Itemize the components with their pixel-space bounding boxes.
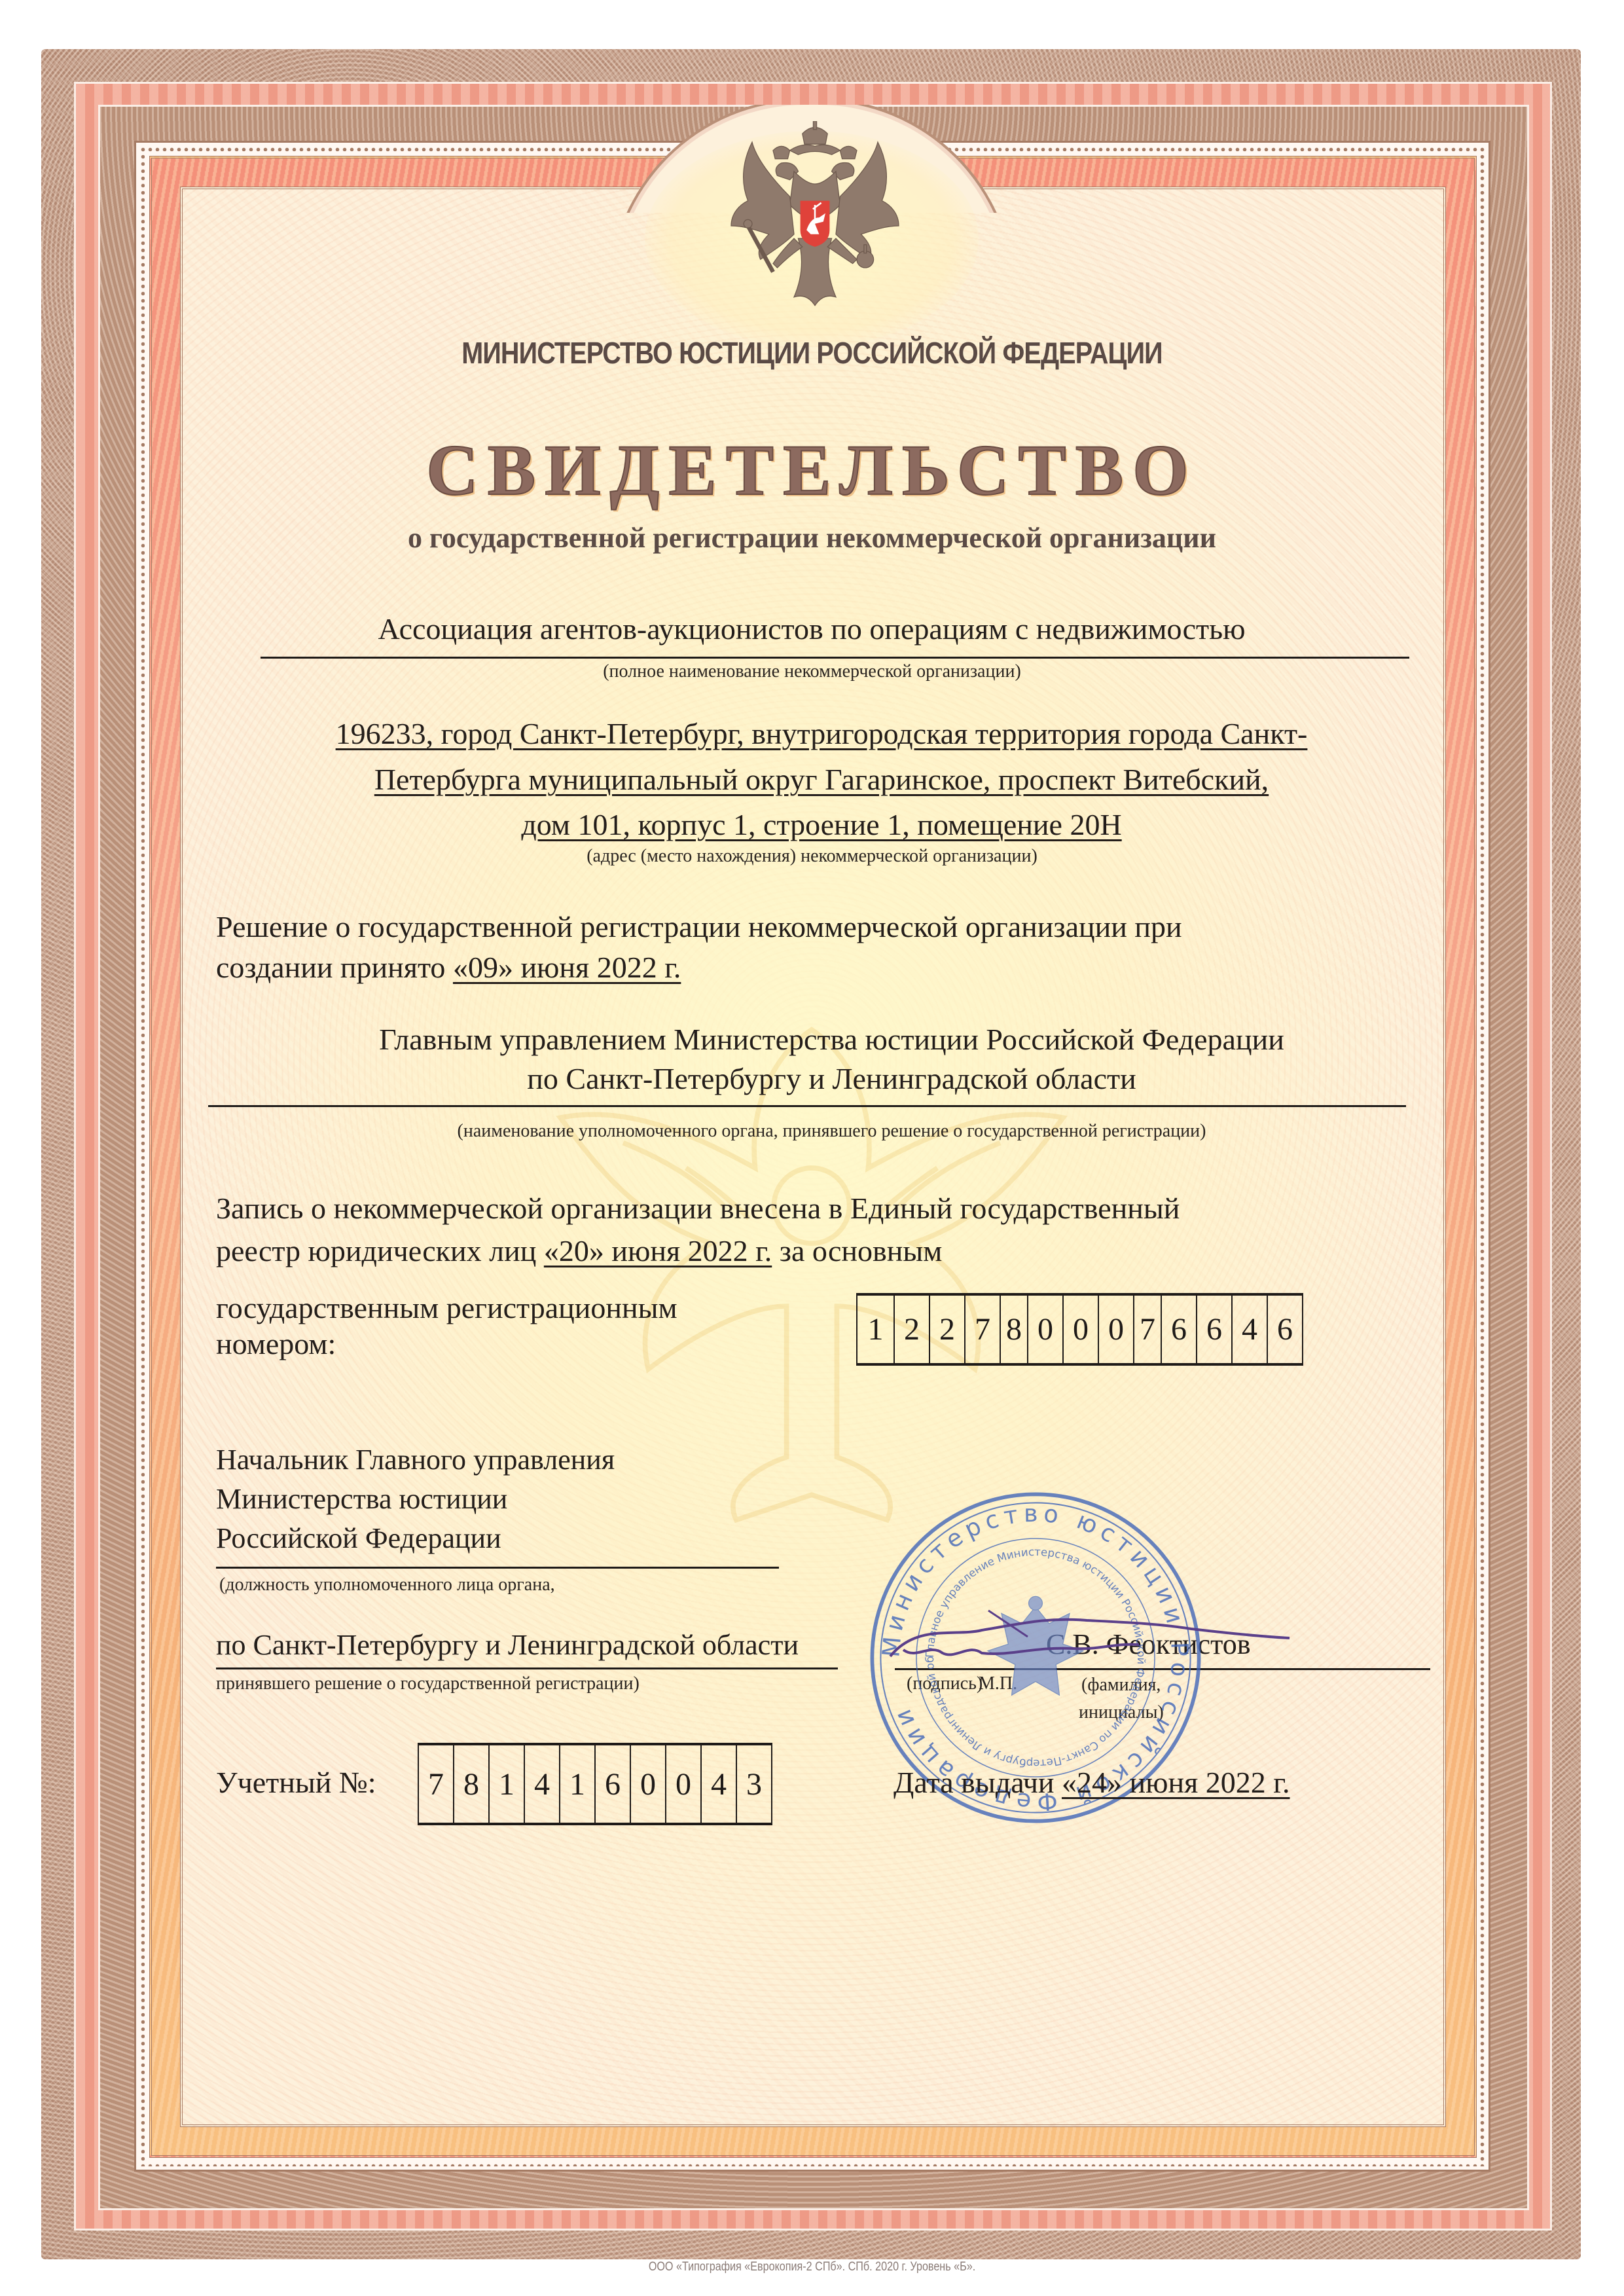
decision-date: «09» июня 2022 г. <box>453 951 681 984</box>
ogrn-digit: 6 <box>1162 1296 1197 1363</box>
position-line-3: Российской Федерации <box>216 1524 501 1553</box>
ogrn-digit: 0 <box>1064 1296 1099 1363</box>
organization-name: Ассоциация агентов-аукционистов по опера… <box>196 614 1427 644</box>
position-line-1: Начальник Главного управления <box>216 1446 615 1474</box>
organization-name-caption: (полное наименование некоммерческой орга… <box>0 661 1624 682</box>
accounting-digit: 8 <box>454 1745 490 1823</box>
address-line-3: дом 101, корпус 1, строение 1, помещение… <box>216 810 1427 840</box>
ogrn-digit: 2 <box>895 1296 930 1363</box>
printer-imprint: ООО «Типография «Еврокопия-2 СПб». СПб. … <box>122 2260 1502 2274</box>
address-line-1-text: 196233, город Санкт-Петербург, внутригор… <box>336 717 1308 750</box>
ogrn-digit: 7 <box>965 1296 1001 1363</box>
authority-rule <box>208 1105 1406 1107</box>
ogrn-digit: 2 <box>930 1296 965 1363</box>
address-line-1: 196233, город Санкт-Петербург, внутригор… <box>216 719 1427 749</box>
ogrn-digit: 1 <box>857 1296 895 1363</box>
ogrn-label-line-2: номером: <box>216 1329 336 1359</box>
address-line-3-text: дом 101, корпус 1, строение 1, помещение… <box>521 808 1121 841</box>
position-caption: (должность уполномоченного лица органа, <box>219 1575 555 1595</box>
accounting-digit: 0 <box>631 1745 666 1823</box>
issue-date-line: Дата выдачи «24» июня 2022 г. <box>893 1768 1290 1798</box>
authority-caption: (наименование уполномоченного органа, пр… <box>0 1121 1624 1142</box>
accounting-digit: 4 <box>702 1745 737 1823</box>
authority-line-1: Главным управлением Министерства юстиции… <box>0 1025 1624 1055</box>
ogrn-digit: 0 <box>1099 1296 1134 1363</box>
address-line-2: Петербурга муниципальный округ Гагаринск… <box>216 765 1427 795</box>
coat-of-arms-icon <box>710 121 920 331</box>
ogrn-number-grid: 1227800076646 <box>856 1293 1303 1366</box>
registry-line-1: Запись о некоммерческой организации внес… <box>216 1194 1180 1224</box>
ministry-name: МИНИСТЕРСТВО ЮСТИЦИИ РОССИЙСКОЙ ФЕДЕРАЦИ… <box>114 335 1511 371</box>
certificate-title: СВИДЕТЕЛЬСТВО <box>0 429 1624 512</box>
position-line-2: Министерства юстиции <box>216 1485 507 1514</box>
ogrn-digit: 4 <box>1233 1296 1268 1363</box>
registry-date: «20» июня 2022 г. <box>544 1234 772 1267</box>
address-line-2-text: Петербурга муниципальный округ Гагаринск… <box>374 763 1269 796</box>
accounting-digit: 1 <box>560 1745 596 1823</box>
ogrn-digit: 0 <box>1028 1296 1064 1363</box>
ogrn-digit: 6 <box>1268 1296 1303 1363</box>
address-caption: (адрес (место нахождения) некоммерческой… <box>0 846 1624 867</box>
accounting-digit: 0 <box>666 1745 702 1823</box>
region-caption: принявшего решение о государственной рег… <box>216 1673 640 1694</box>
accounting-digit: 6 <box>596 1745 631 1823</box>
ogrn-digit: 7 <box>1134 1296 1162 1363</box>
region-line: по Санкт-Петербургу и Ленинградской обла… <box>216 1631 799 1660</box>
accounting-number-label: Учетный №: <box>216 1768 376 1798</box>
position-rule <box>216 1567 779 1569</box>
accounting-digit: 4 <box>525 1745 560 1823</box>
accounting-digit: 1 <box>490 1745 525 1823</box>
ogrn-digit: 6 <box>1197 1296 1233 1363</box>
registry-line-2: реестр юридических лиц «20» июня 2022 г.… <box>216 1236 942 1266</box>
authority-line-2: по Санкт-Петербургу и Ленинградской обла… <box>0 1064 1624 1094</box>
ogrn-digit: 8 <box>1001 1296 1028 1363</box>
decision-line-2: создании принято «09» июня 2022 г. <box>216 953 681 983</box>
accounting-digit: 7 <box>419 1745 454 1823</box>
organization-name-rule <box>261 657 1409 659</box>
registry-line-2-prefix: реестр юридических лиц <box>216 1234 544 1267</box>
handwritten-signature-icon <box>877 1597 1296 1669</box>
ogrn-label-line-1: государственным регистрационным <box>216 1293 677 1323</box>
decision-line-1: Решение о государственной регистрации не… <box>216 912 1182 942</box>
accounting-digit: 3 <box>737 1745 772 1823</box>
issue-date: «24» июня 2022 г. <box>1062 1766 1290 1799</box>
region-rule <box>216 1667 838 1669</box>
decision-line-2-prefix: создании принято <box>216 951 453 984</box>
certificate-subtitle: о государственной регистрации некоммерче… <box>0 521 1624 555</box>
registry-line-2-suffix: за основным <box>772 1234 942 1267</box>
accounting-number-grid: 7814160043 <box>418 1743 772 1825</box>
issue-date-prefix: Дата выдачи <box>893 1766 1062 1799</box>
